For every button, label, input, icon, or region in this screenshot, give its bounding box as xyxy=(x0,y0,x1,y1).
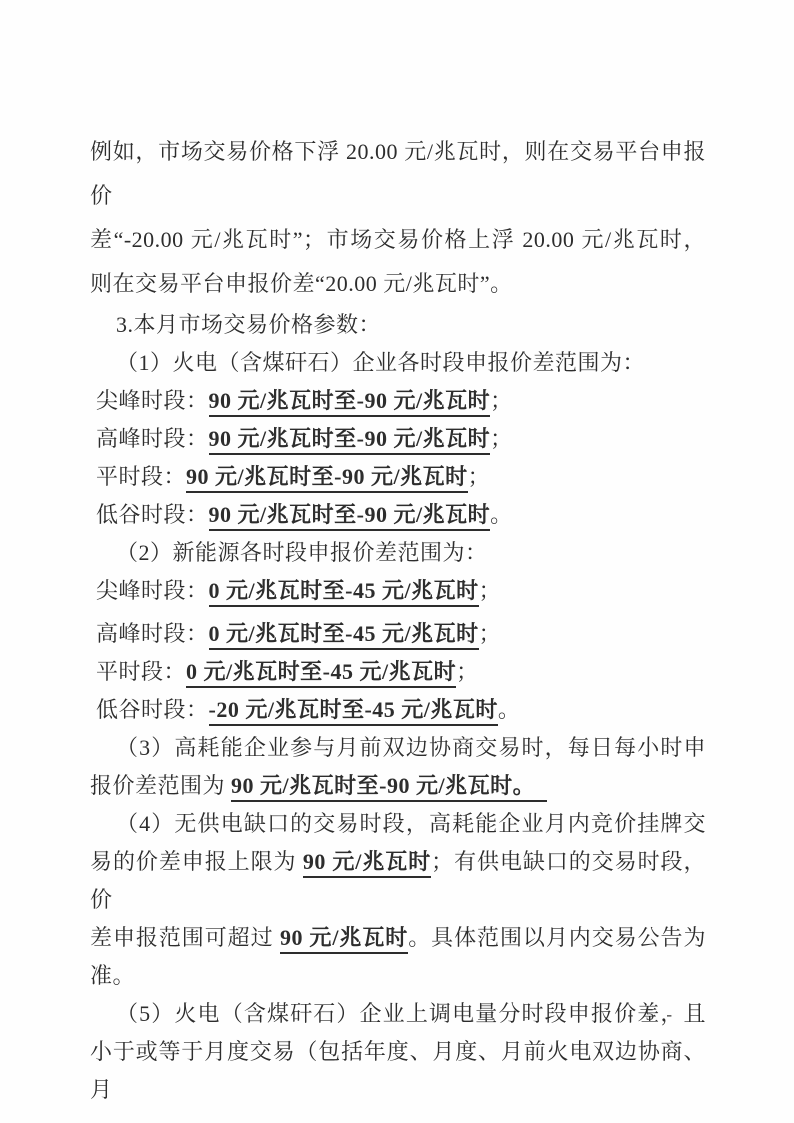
text-run: 尖峰时段： xyxy=(96,578,209,603)
document-body: 例如，市场交易价格下浮 20.00 元/兆瓦时，则在交易平台申报价差“-20.0… xyxy=(90,130,706,1109)
item-1-flat: 平时段：90 元/兆瓦时至-90 元/兆瓦时； xyxy=(90,458,706,496)
text-run: 小于或等于月度交易（包括年度、月度、月前火电双边协商、月 xyxy=(90,1039,706,1102)
item-1-peak: 高峰时段：90 元/兆瓦时至-90 元/兆瓦时； xyxy=(90,420,706,458)
item-2-valley: 低谷时段：-20 元/兆瓦时至-45 元/兆瓦时。 xyxy=(90,691,706,729)
text-run: 差申报范围可超过 xyxy=(90,925,280,950)
text-run: 低谷时段： xyxy=(96,502,209,527)
item-3-line-1: （3）高耗能企业参与月前双边协商交易时，每日每小时申 xyxy=(90,729,706,767)
text-run: 。具体范围以月内交易公告为 xyxy=(408,925,706,950)
text-run: 低谷时段： xyxy=(96,697,209,722)
text-run: 则在交易平台申报价差“20.00 元/兆瓦时”。 xyxy=(90,271,513,296)
underlined-value: 0 元/兆瓦时至-45 元/兆瓦时 xyxy=(209,621,479,650)
underlined-value: 90 元/兆瓦时 xyxy=(280,925,408,954)
text-run: 例如，市场交易价格下浮 20.00 元/兆瓦时，则在交易平台申报价 xyxy=(90,139,706,208)
underlined-value: 90 元/兆瓦时至-90 元/兆瓦时 xyxy=(209,426,491,455)
text-run: 差“-20.00 元/兆瓦时”；市场交易价格上浮 20.00 元/兆瓦时， xyxy=(90,227,706,252)
item-4-line-4: 准。 xyxy=(90,957,706,995)
item-5-line-1: （5）火电（含煤矸石）企业上调电量分时段申报价差，且 xyxy=(90,995,706,1033)
section-3-heading: 3.本月市场交易价格参数： xyxy=(90,306,706,344)
text-run: ； xyxy=(456,659,479,684)
text-run: 高峰时段： xyxy=(96,426,209,451)
item-2-heading: （2）新能源各时段申报价差范围为： xyxy=(90,534,706,572)
item-3-line-2: 报价差范围为 90 元/兆瓦时至-90 元/兆瓦时。 xyxy=(90,767,706,805)
underlined-value: -20 元/兆瓦时至-45 元/兆瓦时 xyxy=(209,697,498,726)
text-run: ； xyxy=(490,426,513,451)
item-4-line-2: 易的价差申报上限为 90 元/兆瓦时；有供电缺口的交易时段，价 xyxy=(90,843,706,919)
text-run: （1）火电（含煤矸石）企业各时段申报价差范围为： xyxy=(116,350,645,375)
text-run: ； xyxy=(479,621,502,646)
document-page: 例如，市场交易价格下浮 20.00 元/兆瓦时，则在交易平台申报价差“-20.0… xyxy=(0,0,794,1123)
page-number: - 5 - xyxy=(628,1005,676,1025)
text-run: 报价差范围为 xyxy=(90,773,231,798)
item-5-line-2: 小于或等于月度交易（包括年度、月度、月前火电双边协商、月 xyxy=(90,1033,706,1109)
underlined-value: 90 元/兆瓦时至-90 元/兆瓦时 xyxy=(186,464,468,493)
item-1-sharp-peak: 尖峰时段：90 元/兆瓦时至-90 元/兆瓦时； xyxy=(90,382,706,420)
text-run: 高峰时段： xyxy=(96,621,209,646)
text-run: 。 xyxy=(498,697,521,722)
underlined-value: 0 元/兆瓦时至-45 元/兆瓦时 xyxy=(186,659,456,688)
item-4-line-3: 差申报范围可超过 90 元/兆瓦时。具体范围以月内交易公告为 xyxy=(90,919,706,957)
underlined-value: 90 元/兆瓦时至-90 元/兆瓦时。 xyxy=(231,773,547,802)
text-run: 尖峰时段： xyxy=(96,388,209,413)
intro-line-2: 差“-20.00 元/兆瓦时”；市场交易价格上浮 20.00 元/兆瓦时， xyxy=(90,218,706,262)
intro-line-3: 则在交易平台申报价差“20.00 元/兆瓦时”。 xyxy=(90,262,706,306)
item-2-flat: 平时段：0 元/兆瓦时至-45 元/兆瓦时； xyxy=(90,653,706,691)
text-run: 准。 xyxy=(90,963,135,988)
item-2-sharp-peak: 尖峰时段：0 元/兆瓦时至-45 元/兆瓦时； xyxy=(90,572,706,610)
text-run: ； xyxy=(468,464,491,489)
text-run: （3）高耗能企业参与月前双边协商交易时，每日每小时申 xyxy=(116,735,706,760)
underlined-value: 0 元/兆瓦时至-45 元/兆瓦时 xyxy=(209,578,479,607)
item-4-line-1: （4）无供电缺口的交易时段，高耗能企业月内竞价挂牌交 xyxy=(90,805,706,843)
text-run: 3.本月市场交易价格参数： xyxy=(116,312,381,337)
underlined-value: 90 元/兆瓦时至-90 元/兆瓦时 xyxy=(209,502,491,531)
underlined-value: 90 元/兆瓦时 xyxy=(303,849,431,878)
text-run: 平时段： xyxy=(96,464,186,489)
text-run: （2）新能源各时段申报价差范围为： xyxy=(116,540,488,565)
item-2-peak: 高峰时段：0 元/兆瓦时至-45 元/兆瓦时； xyxy=(90,615,706,653)
text-run: ； xyxy=(490,388,513,413)
item-1-heading: （1）火电（含煤矸石）企业各时段申报价差范围为： xyxy=(90,344,706,382)
text-run: 易的价差申报上限为 xyxy=(90,849,303,874)
text-run: （5）火电（含煤矸石）企业上调电量分时段申报价差，且 xyxy=(116,1001,706,1026)
text-run: ； xyxy=(479,578,502,603)
intro-line-1: 例如，市场交易价格下浮 20.00 元/兆瓦时，则在交易平台申报价 xyxy=(90,130,706,218)
text-run: 平时段： xyxy=(96,659,186,684)
underlined-value: 90 元/兆瓦时至-90 元/兆瓦时 xyxy=(209,388,491,417)
text-run: 。 xyxy=(490,502,513,527)
text-run: （4）无供电缺口的交易时段，高耗能企业月内竞价挂牌交 xyxy=(116,811,706,836)
item-1-valley: 低谷时段：90 元/兆瓦时至-90 元/兆瓦时。 xyxy=(90,496,706,534)
